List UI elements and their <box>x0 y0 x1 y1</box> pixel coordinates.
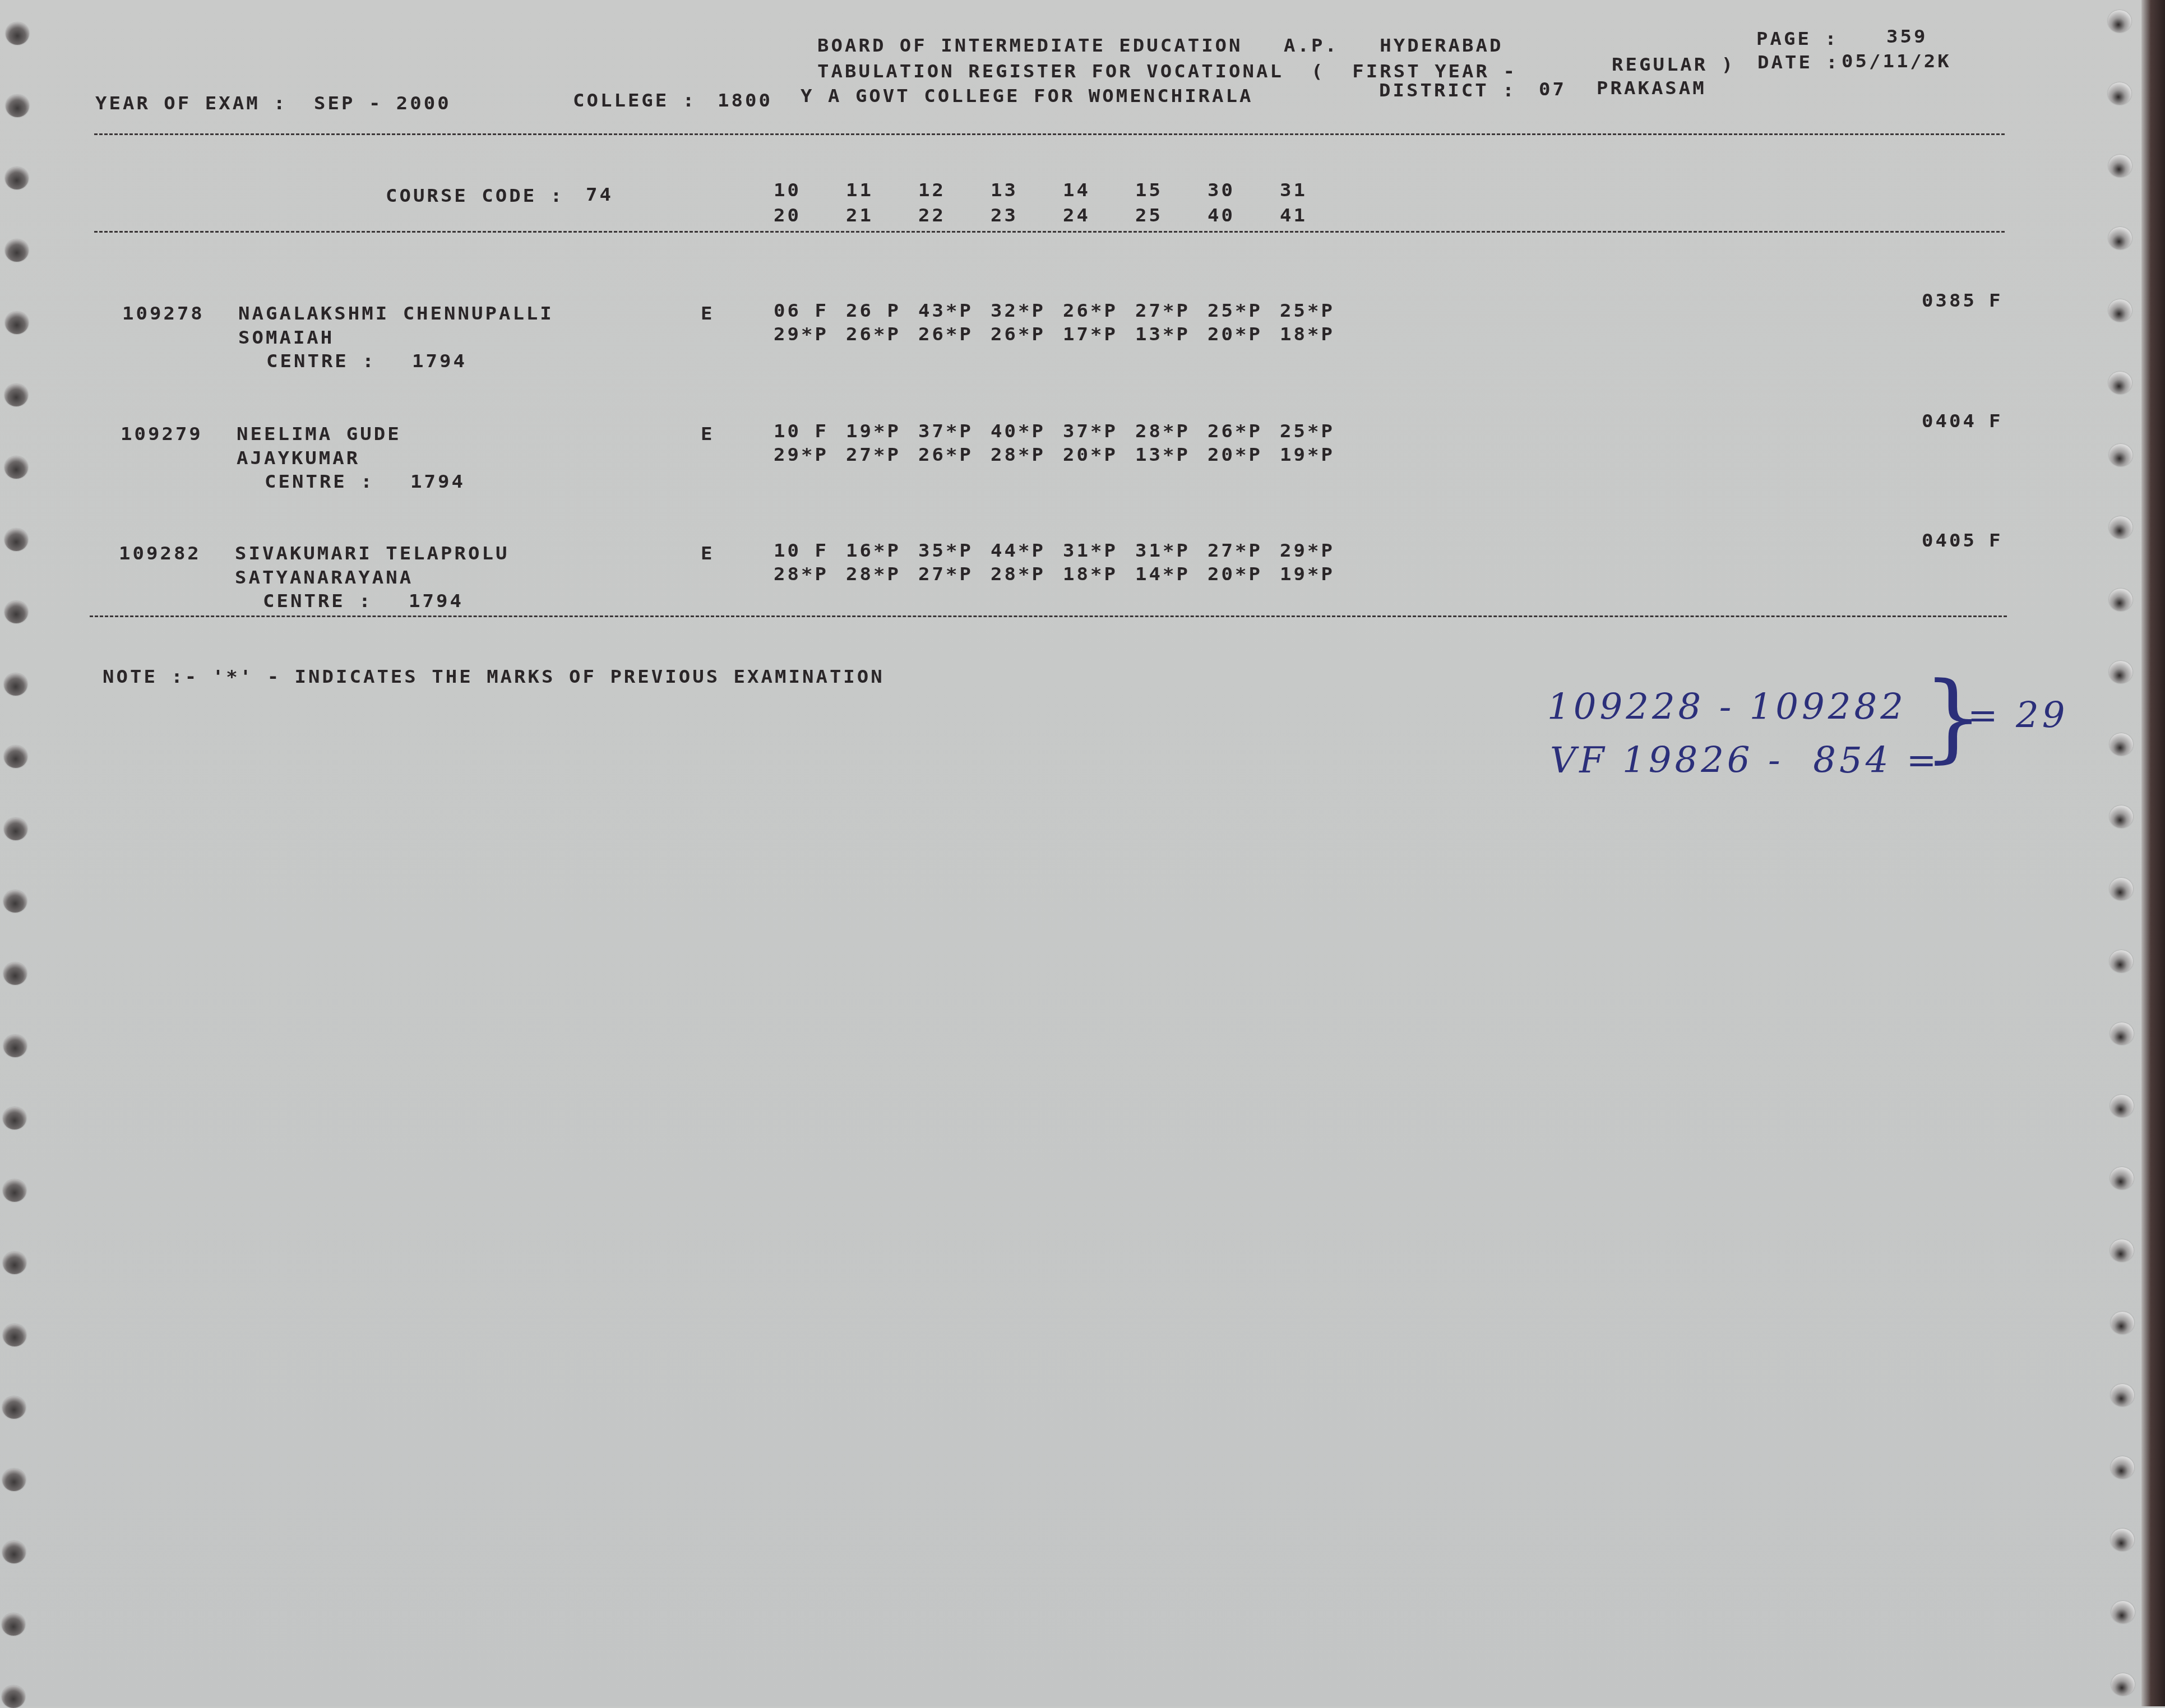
hall-ticket-number: 109282 <box>119 543 201 564</box>
feed-hole-icon <box>2109 516 2132 539</box>
subject-mark: 06 F <box>774 300 829 322</box>
feed-hole-icon <box>2108 227 2132 249</box>
subject-code: 23 <box>991 205 1018 226</box>
district-code: 07 <box>1539 79 1566 100</box>
feed-hole-icon <box>2 1541 26 1563</box>
student-name: SIVAKUMARI TELAPROLU <box>235 543 509 564</box>
feed-hole-icon <box>2108 82 2131 105</box>
result-status: F <box>1989 290 2002 312</box>
feed-hole-icon <box>4 818 27 840</box>
feed-hole-icon <box>2108 299 2132 322</box>
result-status: F <box>1989 411 2002 432</box>
course-code-value: 74 <box>586 184 613 206</box>
medium: E <box>701 543 714 564</box>
subject-mark: 40*P <box>991 421 1046 442</box>
subject-mark: 28*P <box>991 564 1046 585</box>
page-label: PAGE : <box>1756 29 1839 50</box>
paper-edge-shadow <box>2141 0 2165 1706</box>
subject-code: 21 <box>846 205 873 226</box>
medium: E <box>701 303 714 325</box>
divider-dashed <box>90 615 2007 617</box>
subject-mark: 28*P <box>846 564 901 585</box>
subject-code: 13 <box>991 180 1018 201</box>
subject-mark: 28*P <box>774 564 829 585</box>
printout-paper <box>0 0 2141 1706</box>
subject-mark: 29*P <box>774 445 829 466</box>
total-marks: 0385 <box>1922 290 1977 312</box>
subject-mark: 29*P <box>1280 540 1335 562</box>
college-name: Y A GOVT COLLEGE FOR WOMENCHIRALA <box>801 86 1253 107</box>
subject-code: 12 <box>918 180 946 201</box>
feed-hole-icon <box>3 962 27 985</box>
feed-hole-icon <box>6 22 29 45</box>
hall-ticket-number: 109278 <box>122 303 205 325</box>
subject-mark: 27*P <box>846 445 901 466</box>
register-title: TABULATION REGISTER FOR VOCATIONAL ( FIR… <box>817 61 1517 82</box>
feed-hole-icon <box>2110 1095 2134 1117</box>
subject-mark: 20*P <box>1208 564 1262 585</box>
college-code: 1800 <box>718 90 772 112</box>
subject-code: 30 <box>1208 180 1235 201</box>
feed-hole-icon <box>2108 155 2132 177</box>
feed-hole-icon <box>2110 950 2133 973</box>
subject-mark: 18*P <box>1280 324 1335 345</box>
feed-hole-icon <box>2111 1601 2135 1623</box>
feed-hole-icon <box>2110 878 2133 900</box>
feed-hole-icon <box>5 312 29 334</box>
subject-mark: 13*P <box>1135 324 1190 345</box>
feed-hole-icon <box>5 239 29 262</box>
date-label: DATE : <box>1757 52 1840 73</box>
subject-mark: 10 F <box>774 540 829 562</box>
page-number: 359 <box>1886 26 1927 48</box>
feed-hole-icon <box>2108 10 2131 33</box>
parent-name: AJAYKUMAR <box>237 448 360 469</box>
handwritten-vf-calc: VF 19826 - 854 = <box>1550 740 1940 781</box>
feed-hole-icon <box>2111 1529 2134 1551</box>
handwritten-range: 109228 - 109282 <box>1547 687 1907 728</box>
subject-mark: 31*P <box>1135 540 1190 562</box>
feed-hole-icon <box>3 1179 26 1202</box>
date-value: 05/11/2K <box>1842 51 1951 72</box>
feed-hole-icon <box>2109 444 2132 466</box>
feed-hole-icon <box>2109 661 2132 683</box>
subject-code: 10 <box>774 180 801 201</box>
subject-mark: 25*P <box>1208 300 1262 322</box>
feed-hole-icon <box>5 167 29 189</box>
feed-hole-icon <box>4 456 28 479</box>
subject-mark: 27*P <box>1208 540 1262 562</box>
feed-hole-icon <box>2110 1167 2134 1189</box>
divider-dashed <box>94 231 2005 233</box>
centre-code: 1794 <box>412 351 467 372</box>
handwritten-result: = 29 <box>1968 695 2068 737</box>
feed-hole-icon <box>2110 733 2133 756</box>
feed-hole-icon <box>2111 1312 2134 1334</box>
subject-mark: 25*P <box>1280 421 1335 442</box>
subject-code: 25 <box>1135 205 1163 226</box>
feed-hole-icon <box>3 1035 27 1057</box>
course-code-label: COURSE CODE : <box>386 186 564 207</box>
subject-mark: 26*P <box>918 324 973 345</box>
subject-code: 11 <box>846 180 873 201</box>
feed-hole-icon <box>4 529 28 551</box>
feed-hole-icon <box>2111 1384 2134 1406</box>
subject-mark: 20*P <box>1063 445 1118 466</box>
centre-label: CENTRE : <box>266 351 376 372</box>
subject-mark: 32*P <box>991 300 1046 322</box>
subject-mark: 35*P <box>918 540 973 562</box>
subject-mark: 31*P <box>1063 540 1118 562</box>
year-of-exam-value: SEP - 2000 <box>314 93 451 114</box>
subject-mark: 20*P <box>1208 445 1262 466</box>
subject-mark: 29*P <box>774 324 829 345</box>
subject-mark: 19*P <box>1280 564 1335 585</box>
feed-hole-icon <box>6 95 29 117</box>
feed-hole-icon <box>4 746 27 768</box>
subject-mark: 28*P <box>1135 421 1190 442</box>
feed-hole-icon <box>2110 1239 2134 1262</box>
subject-mark: 37*P <box>918 421 973 442</box>
total-marks: 0405 <box>1922 530 1977 552</box>
note-text: NOTE :- '*' - INDICATES THE MARKS OF PRE… <box>103 666 885 688</box>
subject-code: 24 <box>1063 205 1090 226</box>
subject-mark: 37*P <box>1063 421 1118 442</box>
hall-ticket-number: 109279 <box>121 424 203 445</box>
feed-hole-icon <box>4 601 28 623</box>
subject-mark: 26*P <box>918 445 973 466</box>
subject-mark: 19*P <box>1280 445 1335 466</box>
student-name: NAGALAKSHMI CHENNUPALLI <box>238 303 554 325</box>
exam-type: REGULAR ) <box>1612 54 1735 76</box>
centre-label: CENTRE : <box>263 591 373 612</box>
feed-hole-icon <box>2108 372 2132 394</box>
subject-mark: 27*P <box>1135 300 1190 322</box>
feed-hole-icon <box>2 1469 26 1491</box>
centre-code: 1794 <box>410 471 465 493</box>
feed-hole-icon <box>2111 1673 2135 1696</box>
subject-code: 41 <box>1280 205 1307 226</box>
district-name: PRAKASAM <box>1597 78 1706 99</box>
year-of-exam-label: YEAR OF EXAM : <box>95 93 288 114</box>
subject-mark: 25*P <box>1280 300 1335 322</box>
subject-mark: 44*P <box>991 540 1046 562</box>
feed-hole-icon <box>3 1324 26 1346</box>
feed-hole-icon <box>2 1613 25 1636</box>
total-marks: 0404 <box>1922 411 1977 432</box>
feed-hole-icon <box>2 1396 26 1419</box>
subject-mark: 17*P <box>1063 324 1118 345</box>
student-name: NEELIMA GUDE <box>237 424 401 445</box>
district-label: DISTRICT : <box>1379 80 1516 101</box>
subject-mark: 19*P <box>846 421 901 442</box>
result-status: F <box>1989 530 2002 552</box>
subject-code: 20 <box>774 205 801 226</box>
subject-mark: 26 P <box>846 300 901 322</box>
subject-mark: 43*P <box>918 300 973 322</box>
subject-mark: 26*P <box>991 324 1046 345</box>
subject-mark: 27*P <box>918 564 973 585</box>
parent-name: SOMAIAH <box>238 327 334 349</box>
subject-code: 31 <box>1280 180 1307 201</box>
feed-hole-icon <box>2109 589 2132 611</box>
centre-code: 1794 <box>409 591 464 612</box>
feed-hole-icon <box>2110 1022 2134 1045</box>
subject-mark: 20*P <box>1208 324 1262 345</box>
feed-hole-icon <box>2110 806 2133 828</box>
parent-name: SATYANARAYANA <box>235 567 413 589</box>
feed-hole-icon <box>3 890 27 913</box>
feed-hole-icon <box>2 1686 25 1706</box>
centre-label: CENTRE : <box>265 471 374 493</box>
subject-mark: 16*P <box>846 540 901 562</box>
medium: E <box>701 424 714 445</box>
subject-mark: 26*P <box>1208 421 1262 442</box>
subject-mark: 13*P <box>1135 445 1190 466</box>
feed-hole-icon <box>2111 1456 2134 1479</box>
feed-hole-icon <box>3 1107 26 1130</box>
subject-mark: 26*P <box>1063 300 1118 322</box>
subject-code: 22 <box>918 205 946 226</box>
subject-code: 40 <box>1208 205 1235 226</box>
divider-dashed <box>94 133 2005 135</box>
subject-code: 14 <box>1063 180 1090 201</box>
subject-mark: 26*P <box>846 324 901 345</box>
subject-code: 15 <box>1135 180 1163 201</box>
board-title: BOARD OF INTERMEDIATE EDUCATION A.P. HYD… <box>817 35 1504 57</box>
college-label: COLLEGE : <box>573 90 696 112</box>
feed-hole-icon <box>3 1252 26 1274</box>
subject-mark: 28*P <box>991 445 1046 466</box>
feed-hole-icon <box>4 384 28 406</box>
subject-mark: 18*P <box>1063 564 1118 585</box>
subject-mark: 14*P <box>1135 564 1190 585</box>
feed-hole-icon <box>4 673 27 696</box>
subject-mark: 10 F <box>774 421 829 442</box>
